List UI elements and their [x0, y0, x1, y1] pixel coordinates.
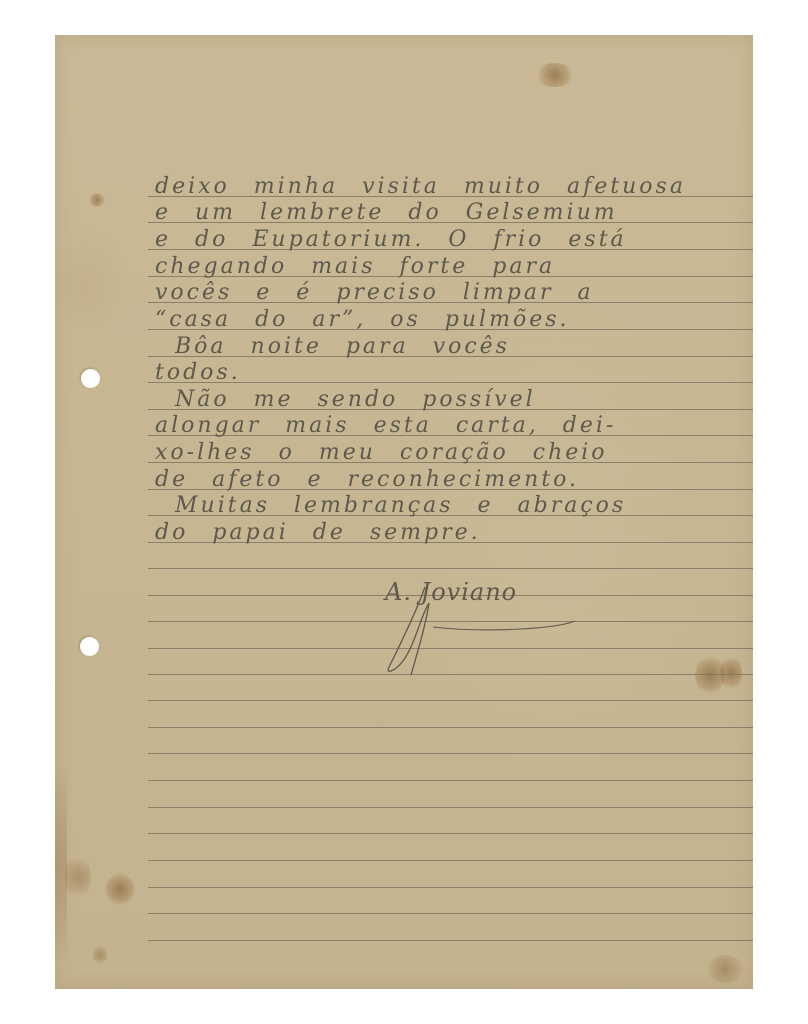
handwritten-line: deixo minha visita muito afetuosa — [155, 174, 686, 200]
handwritten-line: Muitas lembranças e abraços — [175, 493, 626, 519]
handwritten-line: todos. — [155, 360, 241, 386]
handwritten-line: Bôa noite para vocês — [175, 334, 510, 360]
handwritten-line: de afeto e reconhecimento. — [155, 467, 579, 493]
ruled-line — [148, 753, 753, 754]
ruled-line — [148, 860, 753, 861]
handwritten-line: e do Eupatorium. O frio está — [155, 227, 627, 253]
ruled-line — [148, 833, 753, 834]
punch-hole-upper — [81, 369, 100, 388]
ruled-line — [148, 887, 753, 888]
stain-bottom-left — [93, 945, 107, 965]
ruled-line — [148, 913, 753, 914]
letter-page: deixo minha visita muito afetuosa e um l… — [55, 35, 753, 989]
ruled-line — [148, 940, 753, 941]
handwritten-line: e um lembrete do Gelsemium — [155, 200, 618, 226]
ruled-line — [148, 727, 753, 728]
stain-lower-left-2 — [65, 855, 91, 899]
handwritten-line: xo-lhes o meu coração cheio — [155, 440, 608, 466]
signature: A. Joviano — [385, 578, 517, 606]
stain-top-center — [535, 63, 575, 87]
handwritten-line: vocês e é preciso limpar a — [155, 280, 594, 306]
handwritten-line: chegando mais forte para — [155, 254, 555, 280]
stain-left-edge — [55, 735, 67, 995]
ruled-line — [148, 568, 753, 569]
handwritten-line: Não me sendo possível — [175, 387, 536, 413]
handwritten-line: alongar mais esta carta, dei- — [155, 413, 616, 439]
stain-lower-left — [105, 873, 135, 905]
stain-right-middle — [695, 655, 725, 695]
punch-hole-lower — [80, 637, 99, 656]
handwritten-line: do papai de sempre. — [155, 520, 481, 546]
ruled-line — [148, 807, 753, 808]
ruled-line — [148, 700, 753, 701]
handwritten-line: “casa do ar”, os pulmões. — [155, 307, 570, 333]
stain-right-middle-2 — [720, 655, 742, 691]
stain-top-left — [89, 193, 105, 207]
ruled-line — [148, 780, 753, 781]
stain-bottom-right — [705, 955, 745, 983]
